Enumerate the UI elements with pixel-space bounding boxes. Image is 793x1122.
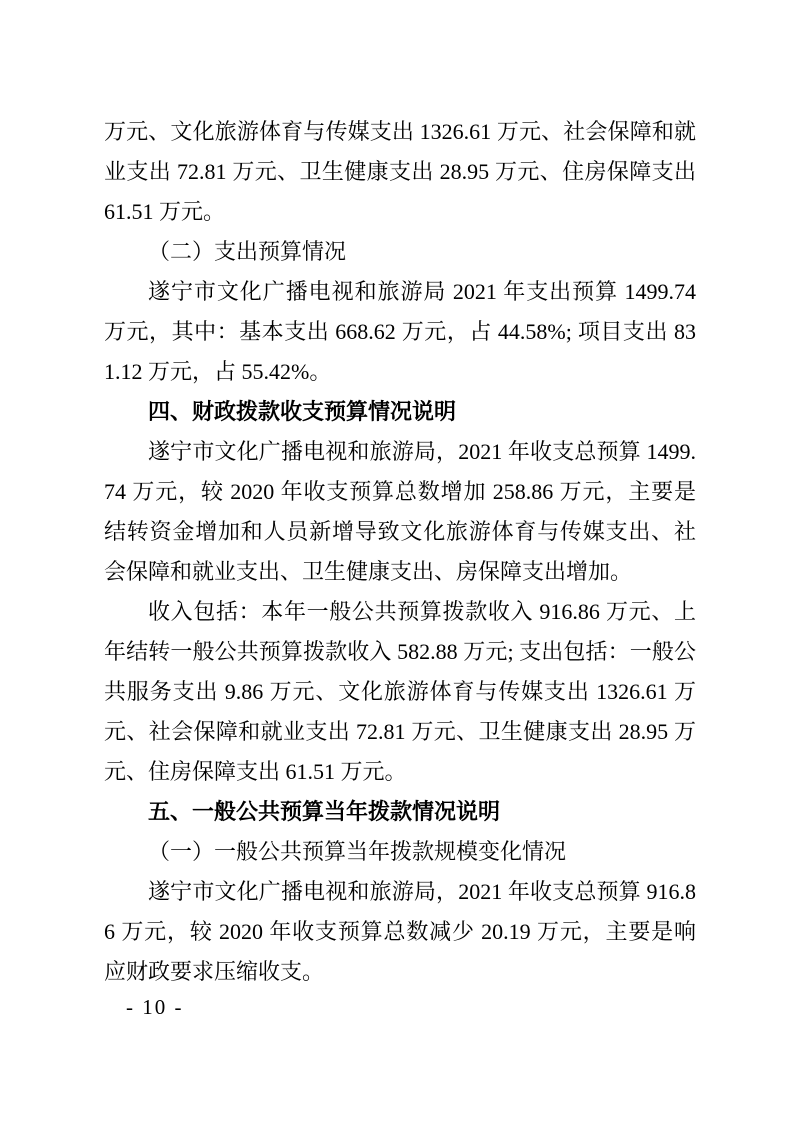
page-number: - 10 -: [126, 994, 184, 1020]
paragraph-expenditure-breakdown-continuation: 万元、文化旅游体育与传媒支出 1326.61 万元、社会保障和就业支出 72.8…: [104, 112, 696, 232]
section-heading-fiscal-appropriation: 四、财政拨款收支预算情况说明: [104, 392, 696, 432]
paragraph-expenditure-budget-totals: 遂宁市文化广播电视和旅游局 2021 年支出预算 1499.74 万元，其中：基…: [104, 272, 696, 392]
subheading-expenditure-budget-situation: （二）支出预算情况: [104, 232, 696, 272]
paragraph-general-budget-change: 遂宁市文化广播电视和旅游局，2021 年收支总预算 916.86 万元，较 20…: [104, 872, 696, 992]
document-content: 万元、文化旅游体育与传媒支出 1326.61 万元、社会保障和就业支出 72.8…: [104, 112, 696, 992]
paragraph-fiscal-income-expenditure-detail: 收入包括：本年一般公共预算拨款收入 916.86 万元、上年结转一般公共预算拨款…: [104, 592, 696, 792]
section-heading-general-public-budget: 五、一般公共预算当年拨款情况说明: [104, 792, 696, 832]
document-page: 万元、文化旅游体育与传媒支出 1326.61 万元、社会保障和就业支出 72.8…: [0, 0, 793, 1122]
subheading-appropriation-scale-change: （一）一般公共预算当年拨款规模变化情况: [104, 832, 696, 872]
paragraph-fiscal-total-budget-change: 遂宁市文化广播电视和旅游局，2021 年收支总预算 1499.74 万元，较 2…: [104, 432, 696, 592]
